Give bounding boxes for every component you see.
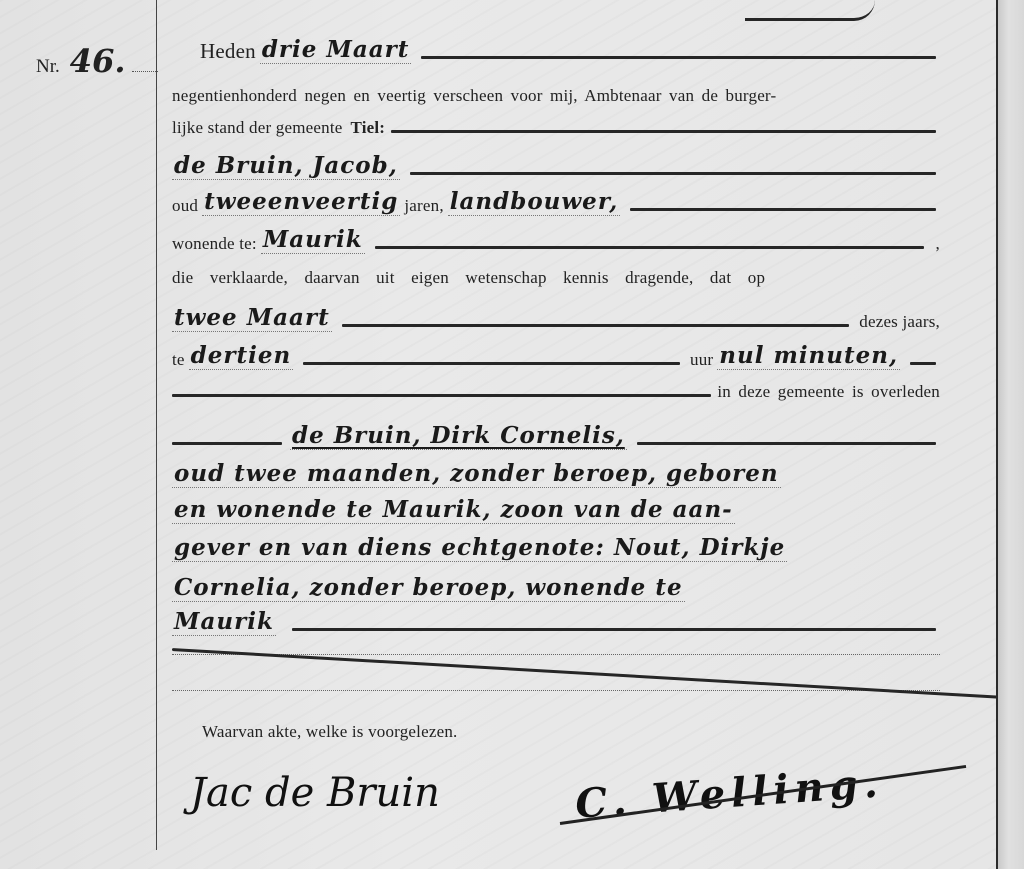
fill-rule <box>342 324 850 327</box>
line-time-of-death: te dertien uur nul minuten, <box>172 342 940 370</box>
blank-line-2 <box>172 682 940 696</box>
line-date-of-declaration: Heden drie Maart <box>200 36 940 64</box>
binding-strip <box>998 0 1024 869</box>
closing-text: Waarvan akte, welke is voorgelezen. <box>202 722 457 742</box>
fill-rule <box>637 442 936 445</box>
te-label: te <box>172 350 185 370</box>
deceased-name: de Bruin, Dirk Cornelis, <box>290 422 627 450</box>
deceased-residence-parent: en wonende te Maurik, zoon van de aan- <box>172 496 735 524</box>
line-year-official: negentienhonderd negen en veertig versch… <box>172 86 940 106</box>
line-declarant-residence: wonende te: Maurik , <box>172 226 940 254</box>
municipality-label: lijke stand der gemeente <box>172 118 342 138</box>
fill-rule <box>375 246 924 249</box>
line-deceased-details-4: Cornelia, zonder beroep, wonende te <box>172 574 940 602</box>
line-municipality: lijke stand der gemeente Tiel: <box>172 118 940 138</box>
death-hour: dertien <box>189 342 294 370</box>
year-official-text: negentienhonderd negen en veertig versch… <box>172 86 776 106</box>
fill-rule <box>910 362 936 365</box>
deceased-age-occupation: oud twee maanden, zonder beroep, geboren <box>172 460 781 488</box>
comma: , <box>936 234 940 254</box>
record-number-label: Nr. <box>36 56 60 77</box>
fill-rule <box>172 394 711 397</box>
line-declarant-age-occupation: oud tweeenveertig jaren, landbouwer, <box>172 188 940 216</box>
wonende-label: wonende te: <box>172 234 257 254</box>
fill-rule <box>421 56 936 59</box>
oud-label: oud <box>172 196 198 216</box>
death-date: twee Maart <box>172 304 332 332</box>
margin-rule <box>156 0 157 850</box>
record-number: Nr. 46. <box>36 42 158 80</box>
municipality-name: Tiel: <box>350 118 385 138</box>
record-page: Nr. 46. Heden drie Maart negentienhonder… <box>0 0 998 869</box>
record-number-value: 46. <box>70 42 126 80</box>
official-signature: C. Welling. <box>574 759 885 827</box>
jaren-label: jaren, <box>404 196 443 216</box>
line-mother-residence: Maurik <box>172 608 940 636</box>
line-declaration-text: die verklaarde, daarvan uit eigen wetens… <box>172 268 940 288</box>
fill-rule <box>303 362 680 365</box>
uur-label: uur <box>690 350 713 370</box>
line-deceased-details-3: gever en van diens echtgenote: Nout, Dir… <box>172 534 940 562</box>
declarant-age: tweeenveertig <box>202 188 400 216</box>
fill-rule <box>630 208 936 211</box>
declarant-residence: Maurik <box>261 226 365 254</box>
declarant-name: de Bruin, Jacob, <box>172 152 400 180</box>
mother-name: gever en van diens echtgenote: Nout, Dir… <box>172 534 787 562</box>
fill-rule <box>391 130 936 133</box>
death-minutes: nul minuten, <box>717 342 900 370</box>
line-closing: Waarvan akte, welke is voorgelezen. <box>202 722 940 742</box>
heden-label: Heden <box>200 39 256 64</box>
mother-details: Cornelia, zonder beroep, wonende te <box>172 574 685 602</box>
line-deceased-details-1: oud twee maanden, zonder beroep, geboren <box>172 460 940 488</box>
line-deceased-name: de Bruin, Dirk Cornelis, <box>172 422 940 450</box>
fill-rule <box>410 172 936 175</box>
line-place-of-death: in deze gemeente is overleden <box>172 382 940 402</box>
fill-rule <box>292 628 936 631</box>
dotted-rule <box>172 690 940 691</box>
fill-rule <box>172 442 282 445</box>
declarant-signature: Jac de Bruin <box>190 770 440 816</box>
line-declarant-name: de Bruin, Jacob, <box>172 152 940 180</box>
line-date-of-death: twee Maart dezes jaars, <box>172 304 940 332</box>
dezes-jaars-label: dezes jaars, <box>859 312 940 332</box>
declaration-text: die verklaarde, daarvan uit eigen wetens… <box>172 268 765 288</box>
dotted-leader <box>132 71 158 72</box>
line-deceased-details-2: en wonende te Maurik, zoon van de aan- <box>172 496 940 524</box>
declarant-occupation: landbouwer, <box>448 188 620 216</box>
declaration-date: drie Maart <box>260 36 412 64</box>
mother-residence: Maurik <box>172 608 276 636</box>
previous-record-flourish <box>745 0 875 21</box>
overleden-text: in deze gemeente is overleden <box>717 382 940 402</box>
blank-line-1 <box>172 646 940 660</box>
